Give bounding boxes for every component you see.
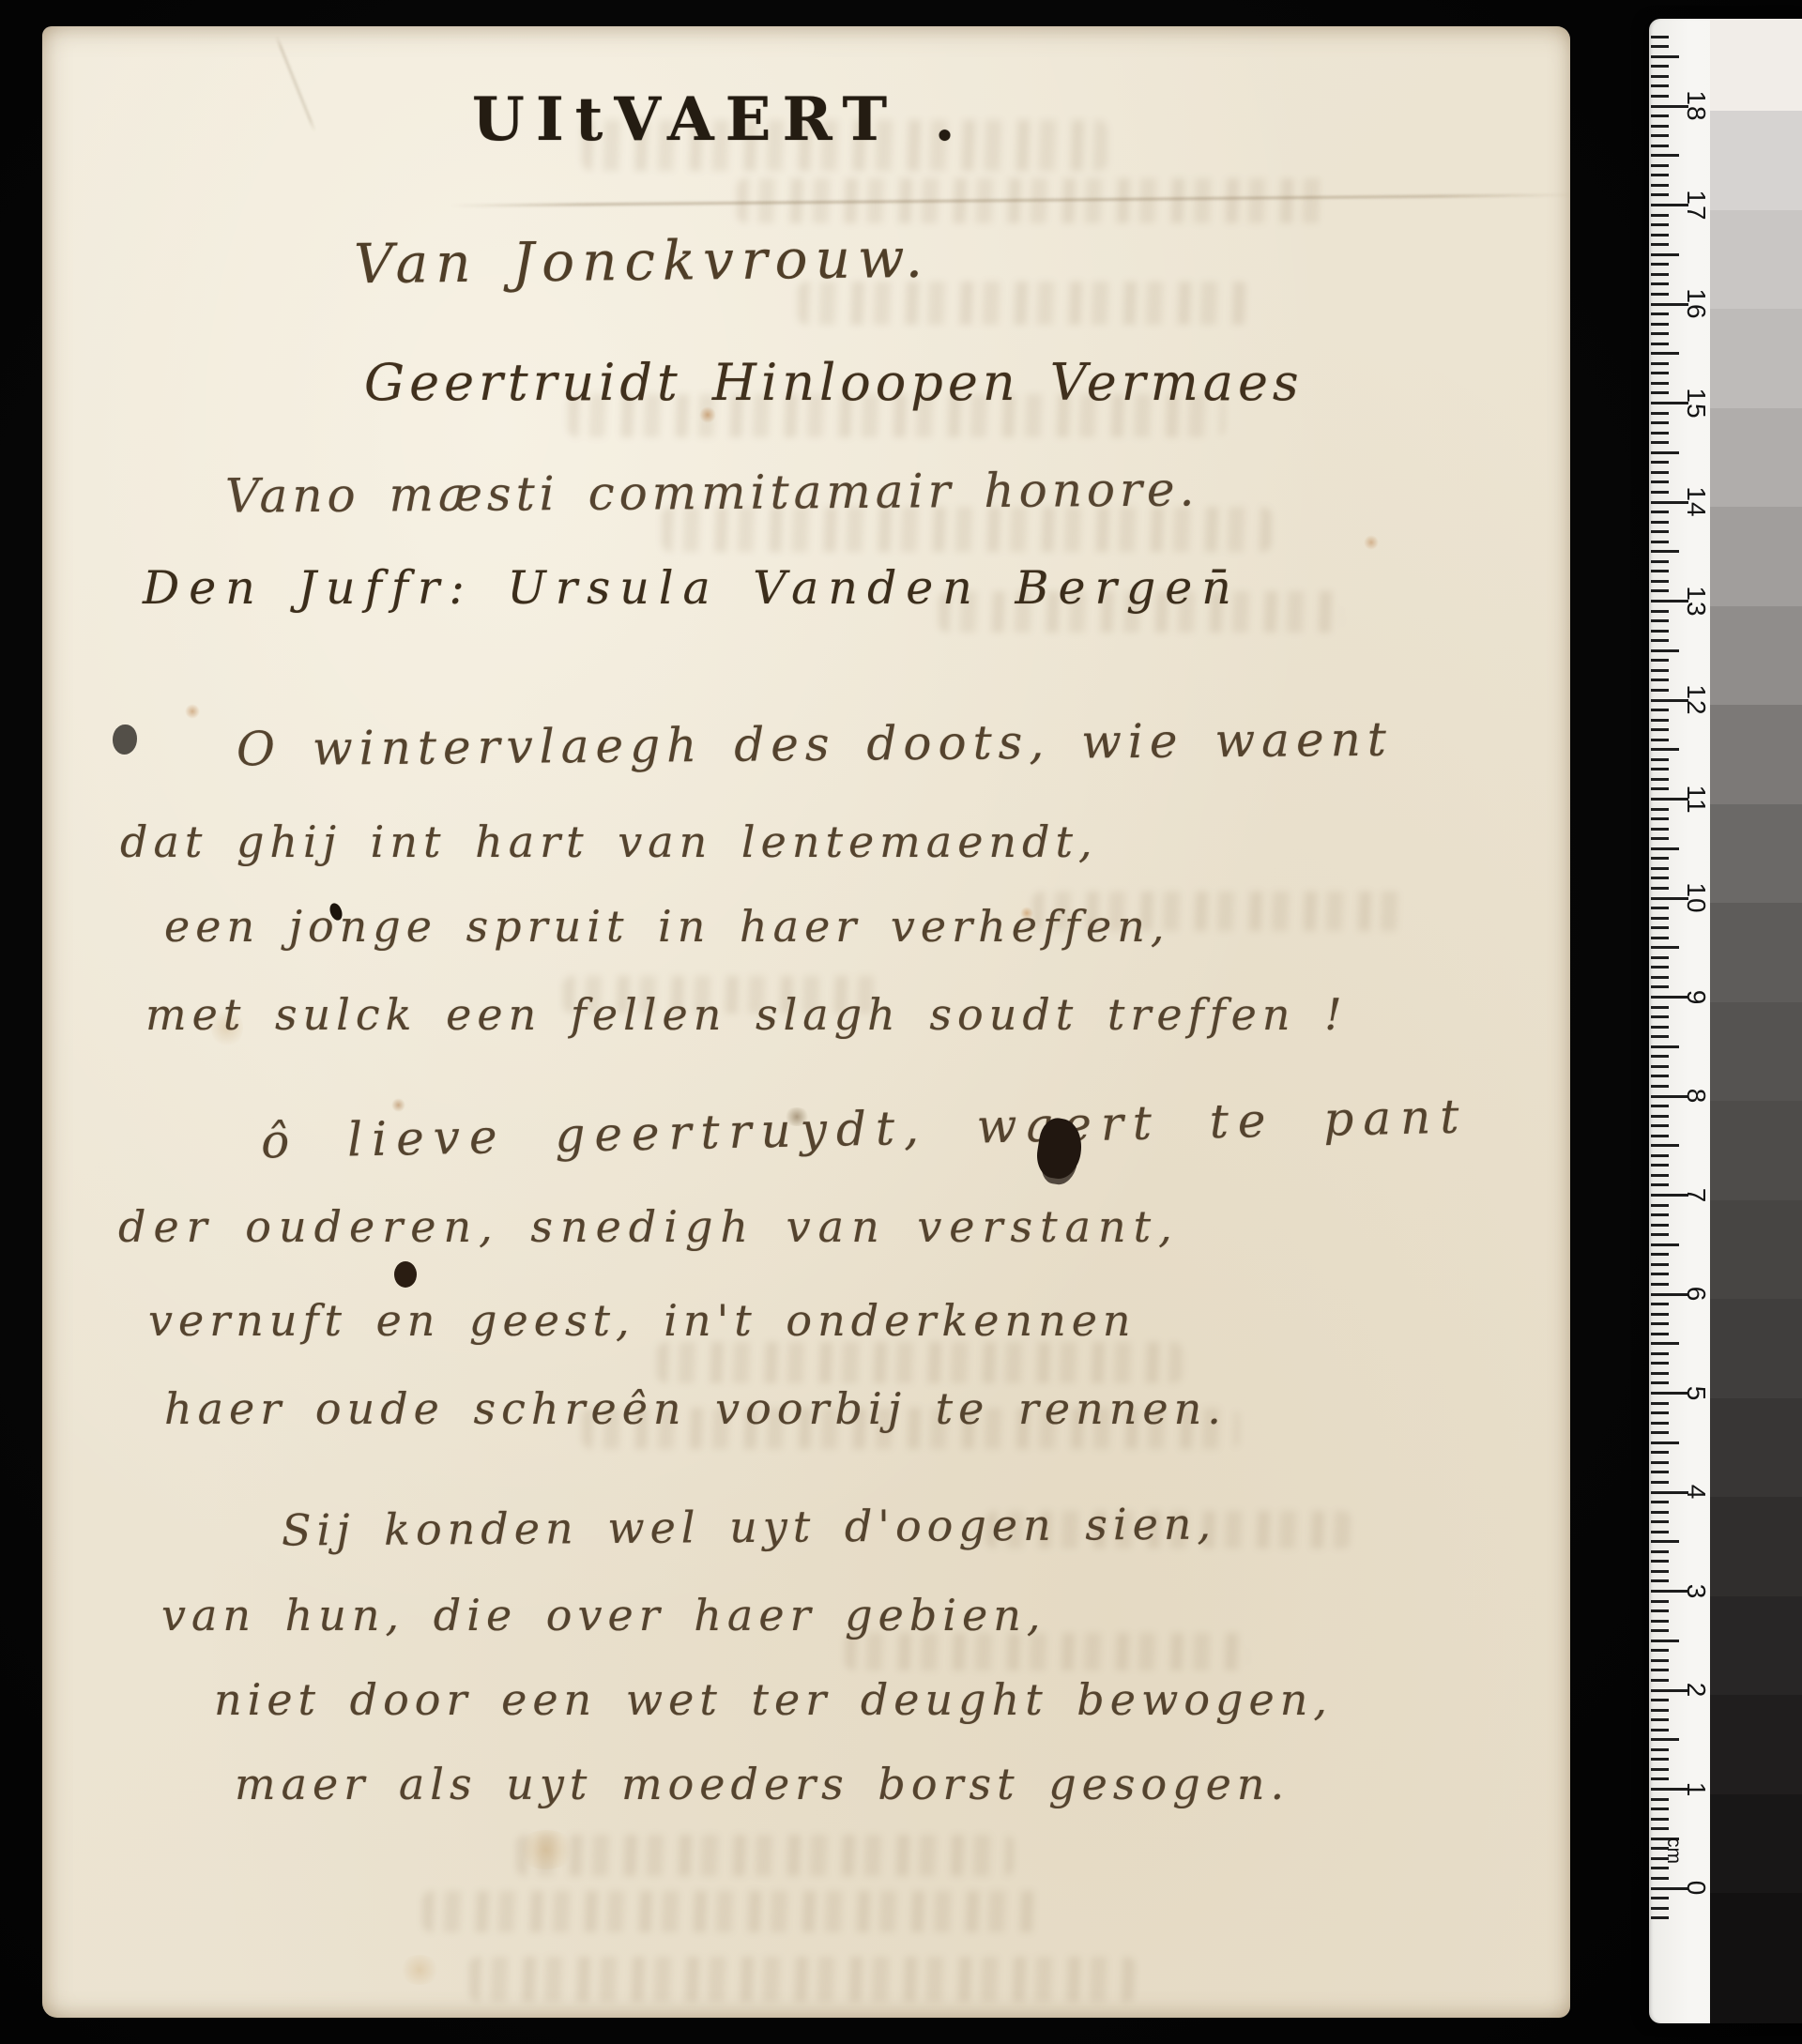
ruler-number: 16	[1681, 288, 1711, 319]
stain-spot	[516, 1830, 576, 1869]
ruler-tick	[1651, 253, 1679, 256]
ruler-tick	[1651, 847, 1679, 850]
ruler-tick	[1651, 867, 1669, 870]
ruler-tick	[1651, 471, 1669, 474]
ruler-tick	[1651, 1204, 1669, 1207]
ruler-tick	[1651, 1550, 1669, 1553]
ruler-tick	[1651, 689, 1669, 692]
ruler-tick	[1651, 343, 1669, 345]
ruler-tick	[1651, 273, 1669, 276]
ruler-tick	[1651, 114, 1669, 117]
ruler-tick	[1651, 1352, 1669, 1355]
ruler-number: 17	[1681, 190, 1711, 221]
ruler-tick	[1651, 134, 1669, 137]
grayscale-step	[1710, 210, 1802, 310]
ruler-tick	[1651, 530, 1669, 533]
ruler-tick	[1651, 461, 1669, 464]
ruler-tick	[1651, 521, 1669, 524]
grayscale-step	[1710, 19, 1802, 111]
verso-showthrough	[657, 1342, 1183, 1383]
ruler-tick	[1651, 1540, 1679, 1543]
ruler-tick	[1651, 1531, 1669, 1533]
ruler-tick	[1651, 541, 1669, 543]
ruler-tick	[1651, 1501, 1669, 1503]
ruler-tick	[1651, 1511, 1669, 1514]
stain-spot	[1364, 535, 1379, 550]
poem-line: Sij konden wel uyt d'oogen sien,	[282, 1499, 1216, 1556]
ruler-tick	[1651, 1461, 1669, 1464]
paper-crease	[275, 36, 316, 132]
ruler-tick	[1651, 649, 1679, 652]
ruler-tick	[1651, 1649, 1669, 1652]
ruler-tick	[1651, 946, 1679, 949]
ruler-tick	[1651, 1183, 1669, 1186]
ruler-tick	[1651, 639, 1669, 642]
ruler-tick	[1651, 1422, 1669, 1425]
ruler-tick	[1651, 154, 1679, 157]
poem-line: O wintervlaegh des doots, wie waent	[237, 712, 1393, 777]
verso-showthrough	[516, 1835, 1014, 1876]
ruler-number: 6	[1681, 1287, 1711, 1303]
ruler-number: 13	[1681, 586, 1711, 617]
ruler-tick	[1651, 263, 1669, 266]
ruler-tick	[1651, 619, 1669, 622]
ruler-tick	[1651, 1372, 1669, 1375]
ruler-tick	[1651, 768, 1669, 770]
ruler-tick	[1651, 1015, 1669, 1018]
ruler-tick	[1651, 421, 1669, 424]
ruler-tick	[1651, 362, 1669, 365]
photo-stage: UItVAERT . Van Jonckvrouw. Geertruidt Hi…	[0, 0, 1802, 2044]
ruler-tick	[1651, 293, 1669, 296]
ruler-tick	[1651, 1115, 1669, 1118]
ruler-tick	[1651, 580, 1669, 583]
ruler-tick	[1651, 976, 1669, 979]
grayscale-step	[1710, 408, 1802, 508]
ruler-tick	[1651, 937, 1669, 939]
ruler-tick	[1651, 223, 1669, 226]
ruler-tick	[1651, 75, 1669, 78]
ruler-tick	[1651, 1026, 1669, 1029]
ruler-number: 1	[1681, 1781, 1711, 1797]
ruler-tick	[1651, 45, 1669, 48]
ruler-tick	[1651, 728, 1669, 731]
ruler-tick	[1651, 1481, 1669, 1484]
ruler-tick	[1651, 1233, 1669, 1236]
ruler-tick	[1651, 1213, 1669, 1216]
grayscale-step	[1710, 1695, 1802, 1794]
ruler-tick	[1651, 491, 1669, 494]
ruler-tick	[1651, 1045, 1679, 1048]
ruler-tick	[1651, 907, 1669, 909]
ruler-tick	[1651, 391, 1669, 394]
ruler-tick	[1651, 1659, 1669, 1662]
grayscale-step	[1710, 903, 1802, 1002]
ruler-tick	[1651, 1600, 1669, 1603]
grayscale-step	[1710, 1497, 1802, 1596]
ruler-tick	[1651, 382, 1669, 385]
ruler-tick	[1651, 164, 1669, 167]
ruler-tick	[1651, 1055, 1669, 1058]
stain-spot	[185, 704, 200, 719]
grayscale-step	[1710, 606, 1802, 706]
ruler-tick	[1651, 1729, 1669, 1731]
ruler-tick	[1651, 1322, 1669, 1325]
ruler-tick	[1651, 125, 1669, 128]
ruler-tick	[1651, 1609, 1669, 1612]
ruler-tick	[1651, 1669, 1669, 1671]
ruler-tick	[1651, 1135, 1669, 1137]
ruler-tick	[1651, 1777, 1669, 1780]
ruler-tick	[1651, 36, 1669, 38]
ruler-tick	[1651, 480, 1669, 483]
ruler-tick	[1651, 1471, 1669, 1473]
ruler-number: 3	[1681, 1583, 1711, 1599]
ruler-tick	[1651, 1006, 1669, 1009]
ruler-tick	[1651, 1224, 1669, 1227]
ruler-tick	[1651, 1124, 1669, 1127]
poem-line: dat ghij int hart van lentemaendt,	[120, 816, 1098, 867]
ruler-tick	[1651, 313, 1669, 315]
grayscale-step	[1710, 1596, 1802, 1696]
grayscale-step	[1710, 1002, 1802, 1102]
ruler-number: 10	[1681, 882, 1711, 913]
ruler-tick	[1651, 1303, 1669, 1305]
stain-spot	[399, 1955, 440, 1985]
ruler-tick	[1651, 808, 1669, 811]
ruler-tick	[1651, 1620, 1669, 1623]
poem-line: maer als uyt moeders borst gesogen.	[235, 1759, 1290, 1809]
ruler-tick	[1651, 1411, 1669, 1414]
header-line-dedication: Den Juffr: Ursula Vanden Bergen̄	[143, 561, 1241, 615]
ruler-tick	[1651, 956, 1669, 959]
ruler-tick	[1651, 1718, 1669, 1721]
ruler-tick	[1651, 412, 1669, 415]
poem-line: der ouderen, snedigh van verstant,	[118, 1201, 1180, 1252]
ruler-tick	[1651, 234, 1669, 236]
ruler-tick	[1651, 926, 1669, 929]
ruler-tick	[1651, 857, 1669, 860]
ruler-tick	[1651, 758, 1669, 761]
ruler-tick	[1651, 1075, 1669, 1077]
ruler-unit-label: cm	[1662, 1838, 1685, 1864]
ruler-number: 5	[1681, 1385, 1711, 1401]
ruler-tick	[1651, 1629, 1669, 1632]
ruler-tick	[1651, 1679, 1669, 1682]
ruler-tick	[1651, 243, 1669, 246]
poem-line: van hun, die over haer gebien,	[161, 1590, 1046, 1640]
ruler-tick	[1651, 917, 1669, 920]
ruler-tick	[1651, 1867, 1669, 1869]
ruler-number: 14	[1681, 486, 1711, 517]
ruler-tick	[1651, 1144, 1679, 1147]
ruler-tick	[1651, 787, 1669, 790]
ruler-tick	[1651, 1035, 1669, 1038]
ruler-tick	[1651, 55, 1679, 58]
ruler-tick	[1651, 739, 1669, 741]
ruler-tick	[1651, 719, 1669, 722]
ruler-tick	[1651, 1877, 1669, 1880]
grayscale-step	[1710, 507, 1802, 606]
ruler-tick	[1651, 1520, 1669, 1523]
ruler-tick	[1651, 1065, 1669, 1068]
ruler-tick	[1651, 1640, 1679, 1642]
poem-line: met sulck een fellen slagh soudt treffen…	[145, 989, 1348, 1040]
ruler-number: 15	[1681, 388, 1711, 419]
ruler-tick	[1651, 1253, 1669, 1256]
ruler-tick	[1651, 1313, 1669, 1316]
ruler-tick	[1651, 1362, 1669, 1365]
ruler-tick	[1651, 1748, 1669, 1751]
header-line-latin: Vano mæsti commitamair honore.	[225, 462, 1199, 523]
grayscale-step	[1710, 1398, 1802, 1498]
grayscale-step	[1710, 1794, 1802, 1894]
ruler-tick	[1651, 659, 1669, 662]
ruler-tick	[1651, 184, 1669, 187]
ruler-tick	[1651, 985, 1669, 988]
ruler-tick	[1651, 1243, 1679, 1246]
grayscale-step	[1710, 804, 1802, 904]
ruler-number: 11	[1681, 785, 1711, 814]
ruler-tick	[1651, 1709, 1669, 1712]
ruler-tick	[1651, 1818, 1669, 1821]
ruler-tick	[1651, 748, 1679, 751]
poem-line: vernuft en geest, in't onderkennen	[148, 1295, 1137, 1346]
ruler-tick	[1651, 887, 1669, 890]
ruler-tick	[1651, 1441, 1679, 1444]
grayscale-step	[1710, 1101, 1802, 1200]
ruler-number: 18	[1681, 90, 1711, 121]
ruler-tick	[1651, 174, 1669, 176]
ruler-tick	[1651, 1431, 1669, 1434]
ruler-tick	[1651, 817, 1669, 820]
ruler-tick	[1651, 610, 1669, 613]
ruler-number: 2	[1681, 1683, 1711, 1699]
ruler-tick	[1651, 214, 1669, 217]
ruler-tick	[1651, 352, 1679, 355]
ruler-tick	[1651, 451, 1679, 454]
ruler-number: 12	[1681, 684, 1711, 715]
ruler-tick	[1651, 145, 1669, 147]
ruler-tick	[1651, 193, 1669, 196]
ruler-tick	[1651, 441, 1669, 444]
ruler-tick	[1651, 1808, 1669, 1810]
ruler-tick	[1651, 1273, 1669, 1275]
ruler-tick	[1651, 1381, 1669, 1384]
ruler-number: 0	[1681, 1881, 1711, 1897]
ruler-tick	[1651, 282, 1669, 285]
ruler-tick	[1651, 332, 1669, 335]
grayscale-step	[1710, 309, 1802, 408]
header-line-name: Geertruidt Hinloopen Vermaes	[364, 353, 1304, 412]
ruler-tick	[1651, 95, 1669, 98]
ruler-tick	[1651, 837, 1669, 840]
ruler-tick	[1651, 550, 1679, 553]
ruler-tick	[1651, 1897, 1669, 1899]
ruler-tick	[1651, 828, 1669, 831]
ink-blot	[394, 1261, 417, 1288]
ruler-tick	[1651, 1105, 1669, 1107]
ruler-tick	[1651, 966, 1669, 969]
ruler-number: 4	[1681, 1485, 1711, 1501]
poem-line: ô lieve geertruydt, waert te pant	[261, 1090, 1469, 1169]
ruler-tick	[1651, 679, 1669, 681]
stain-spot	[391, 1098, 405, 1112]
ruler-tick	[1651, 1758, 1669, 1761]
grayscale-wedge	[1710, 19, 1802, 2023]
ruler-tick	[1651, 1174, 1669, 1177]
ruler-tick	[1651, 432, 1669, 435]
ruler-number: 8	[1681, 1089, 1711, 1105]
ruler-tick	[1651, 84, 1669, 87]
grayscale-step	[1710, 1893, 1802, 2023]
ruler-tick	[1651, 630, 1669, 633]
ruler-tick	[1651, 1402, 1669, 1405]
header-line-jonckvrouw: Van Jonckvrouw.	[354, 226, 931, 296]
grayscale-step	[1710, 705, 1802, 804]
grayscale-step	[1710, 1200, 1802, 1300]
ruler-tick	[1651, 709, 1669, 711]
ruler-tick	[1651, 1738, 1679, 1741]
poem-line: niet door een wet ter deught bewogen,	[214, 1674, 1333, 1725]
ruler-tick	[1651, 1342, 1679, 1345]
verso-showthrough	[469, 1957, 1136, 2002]
ruler-tick	[1651, 65, 1669, 68]
ruler-tick	[1651, 1798, 1669, 1801]
ruler-tick	[1651, 1560, 1669, 1563]
ruler-tick	[1651, 1164, 1669, 1167]
verso-showthrough	[422, 1891, 1042, 1932]
ruler-tick	[1651, 1827, 1669, 1830]
ruler-tick	[1651, 669, 1669, 672]
poem-title: UItVAERT .	[472, 84, 967, 155]
ruler-tick	[1651, 1768, 1669, 1771]
grayscale-step	[1710, 1299, 1802, 1398]
ruler-tick	[1651, 1699, 1669, 1701]
ruler-number: 7	[1681, 1187, 1711, 1203]
ruler-tick	[1651, 1263, 1669, 1266]
ruler-tick	[1651, 1451, 1669, 1454]
ink-blot	[113, 725, 137, 755]
ruler-number: 9	[1681, 989, 1711, 1005]
ruler-tick	[1651, 1916, 1669, 1919]
ruler-tick	[1651, 589, 1669, 592]
grayscale-step	[1710, 111, 1802, 210]
manuscript-page: UItVAERT . Van Jonckvrouw. Geertruidt Hi…	[42, 26, 1570, 2018]
ruler-tick	[1651, 1085, 1669, 1088]
ruler-tick	[1651, 570, 1669, 572]
ruler-tick	[1651, 1579, 1669, 1582]
ruler-tick	[1651, 1154, 1669, 1157]
ruler-tick	[1651, 1570, 1669, 1573]
ruler-tick	[1651, 560, 1669, 563]
ruler-tick	[1651, 1333, 1669, 1335]
ruler-tick	[1651, 372, 1669, 374]
poem-line: een jonge spruit in haer verheffen,	[164, 901, 1169, 952]
ruler-tick	[1651, 877, 1669, 879]
ruler-tick	[1651, 1283, 1669, 1286]
ruler-tick	[1651, 511, 1669, 513]
ruler-tick	[1651, 1907, 1669, 1910]
ruler-tick	[1651, 323, 1669, 326]
ruler-tick	[1651, 778, 1669, 781]
poem-line: haer oude schreên voorbij te rennen.	[164, 1383, 1227, 1434]
